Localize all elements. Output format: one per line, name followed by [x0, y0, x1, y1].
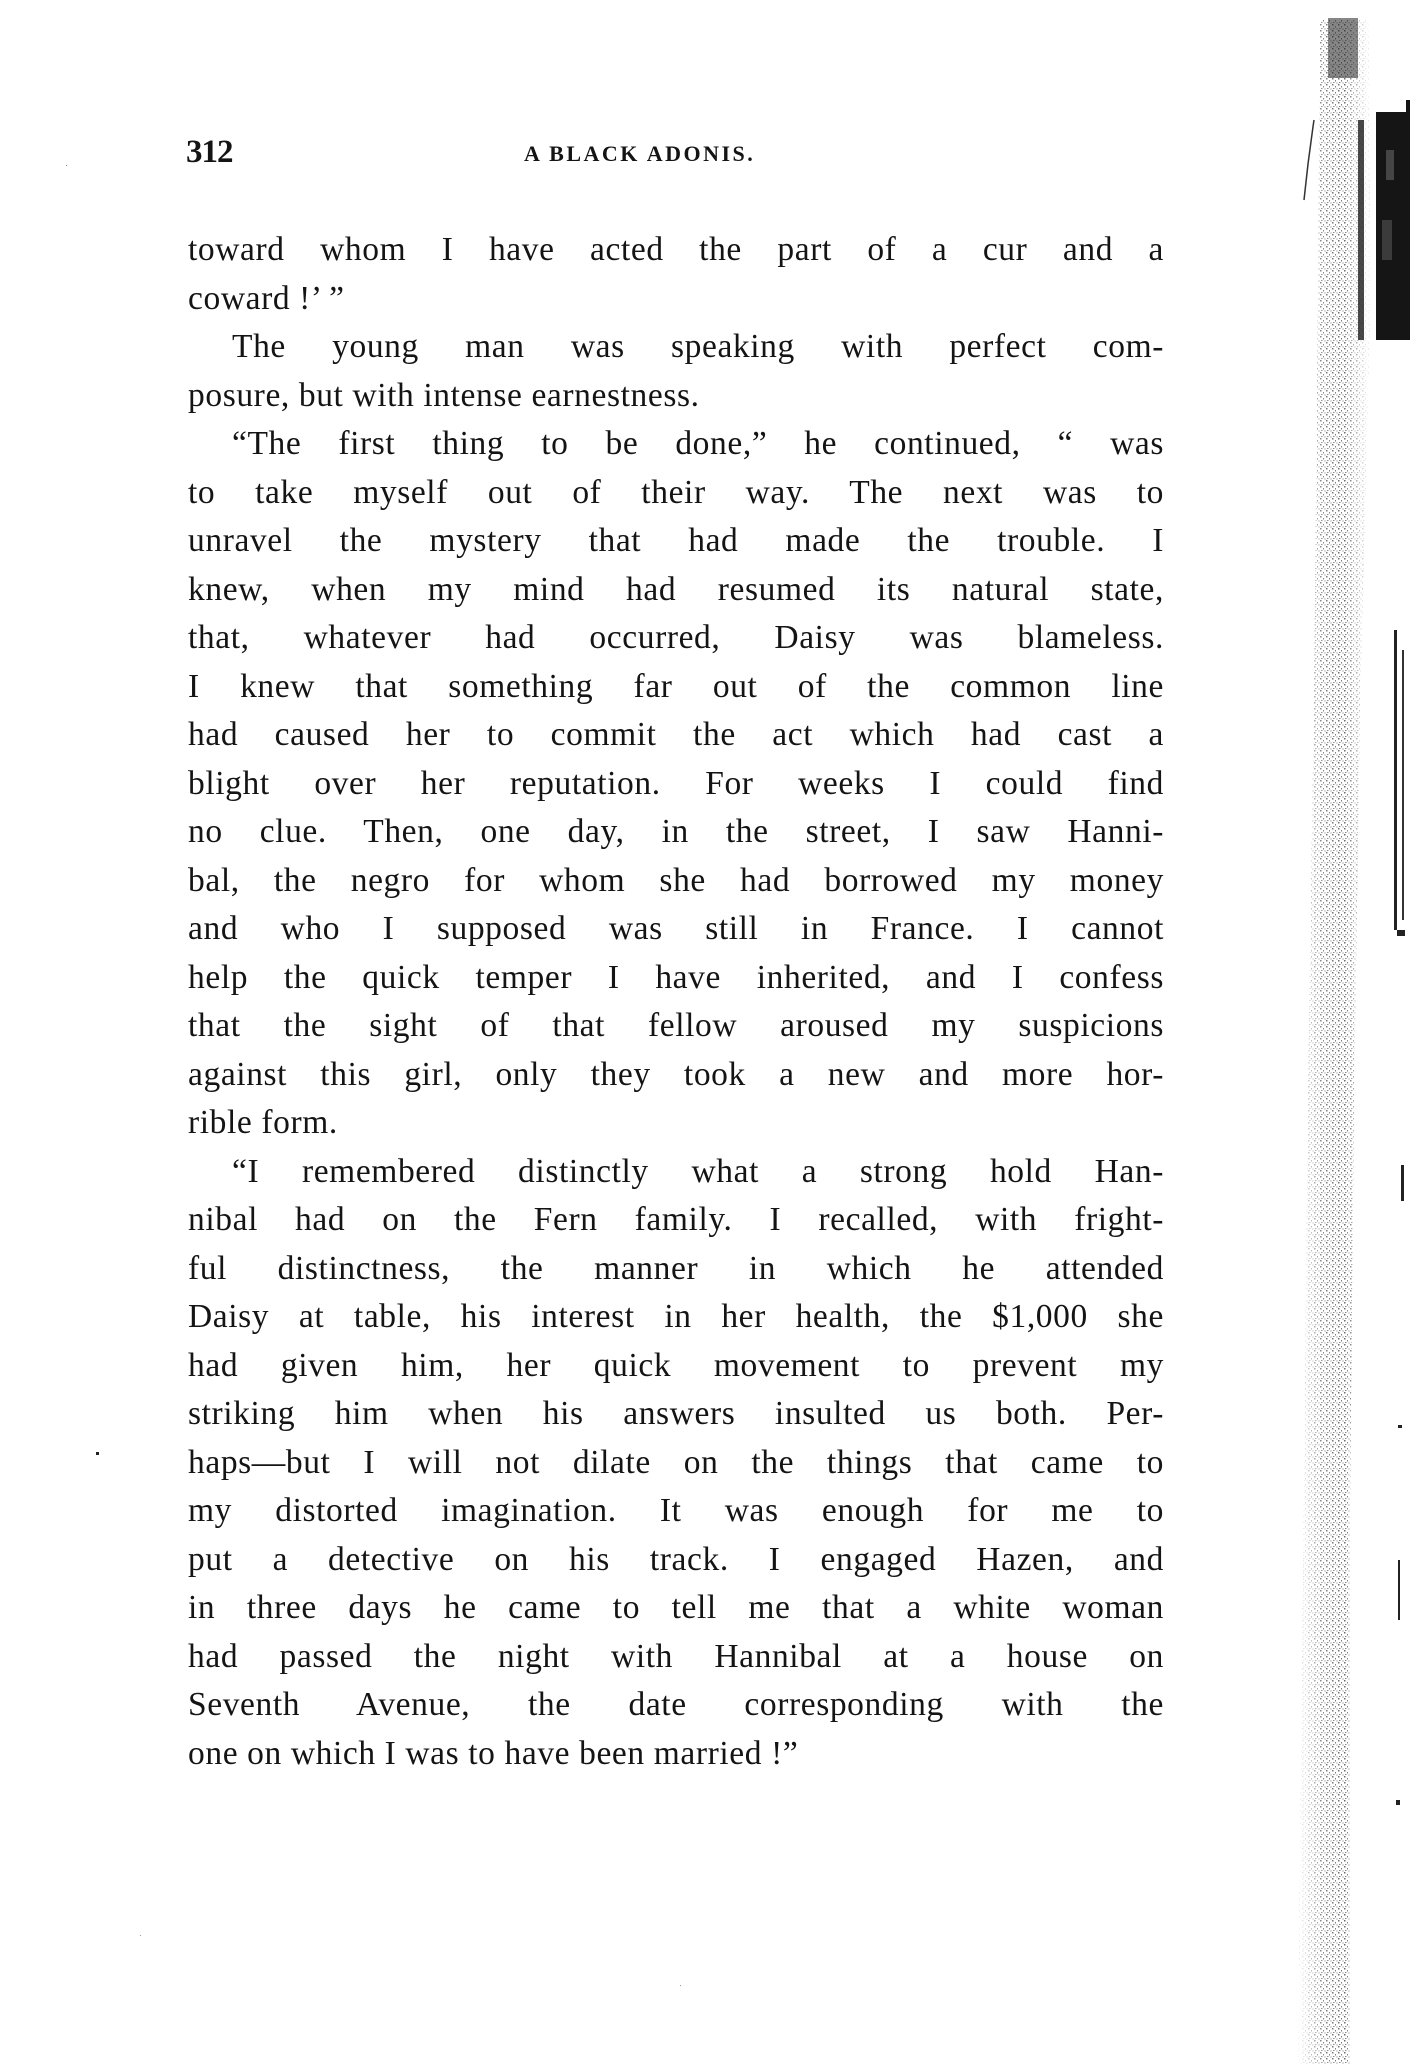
text-line: ful distinctness, the manner in which he…	[188, 1245, 1164, 1294]
text-line: unravel the mystery that had made the tr…	[188, 517, 1164, 566]
text-line-paragraph-start: “I remembered distinctly what a strong h…	[188, 1148, 1164, 1197]
text-line: one on which I was to have been married …	[188, 1730, 1164, 1779]
binding-gutter	[1278, 0, 1428, 2064]
book-page: 312 A BLACK ADONIS. toward whom I have a…	[0, 0, 1428, 2064]
text-line: help the quick temper I have inherited, …	[188, 954, 1164, 1003]
stray-mark	[140, 1935, 141, 1936]
running-title: A BLACK ADONIS.	[524, 140, 755, 168]
text-line: my distorted imagination. It was enough …	[188, 1487, 1164, 1536]
stray-mark	[680, 1985, 681, 1986]
text-line: striking him when his answers insulted u…	[188, 1390, 1164, 1439]
stray-mark	[66, 165, 67, 166]
text-line: toward whom I have acted the part of a c…	[188, 226, 1164, 275]
text-line: blight over her reputation. For weeks I …	[188, 760, 1164, 809]
text-line: knew, when my mind had resumed its natur…	[188, 566, 1164, 615]
page-number: 312	[186, 134, 233, 170]
text-line: put a detective on his track. I engaged …	[188, 1536, 1164, 1585]
stray-mark	[96, 1452, 99, 1455]
text-line-paragraph-start: The young man was speaking with perfect …	[188, 323, 1164, 372]
text-line: bal, the negro for whom she had borrowed…	[188, 857, 1164, 906]
text-line: that the sight of that fellow aroused my…	[188, 1002, 1164, 1051]
text-line: Daisy at table, his interest in her heal…	[188, 1293, 1164, 1342]
text-line: to take myself out of their way. The nex…	[188, 469, 1164, 518]
text-line: had given him, her quick movement to pre…	[188, 1342, 1164, 1391]
body-text: toward whom I have acted the part of a c…	[188, 226, 1164, 1778]
text-line: no clue. Then, one day, in the street, I…	[188, 808, 1164, 857]
text-line-paragraph-start: “The first thing to be done,” he continu…	[188, 420, 1164, 469]
text-line: had caused her to commit the act which h…	[188, 711, 1164, 760]
text-line: and who I supposed was still in France. …	[188, 905, 1164, 954]
gutter-texture-icon	[1278, 0, 1428, 2064]
text-line: posure, but with intense earnestness.	[188, 372, 1164, 421]
text-line: that, whatever had occurred, Daisy was b…	[188, 614, 1164, 663]
text-line: rible form.	[188, 1099, 1164, 1148]
text-line: coward !’ ”	[188, 275, 1164, 324]
text-line: had passed the night with Hannibal at a …	[188, 1633, 1164, 1682]
text-line: against this girl, only they took a new …	[188, 1051, 1164, 1100]
text-line: Seventh Avenue, the date corresponding w…	[188, 1681, 1164, 1730]
text-line: haps—but I will not dilate on the things…	[188, 1439, 1164, 1488]
text-line: in three days he came to tell me that a …	[188, 1584, 1164, 1633]
text-line: I knew that something far out of the com…	[188, 663, 1164, 712]
running-head: 312 A BLACK ADONIS.	[186, 134, 1162, 170]
text-line: nibal had on the Fern family. I recalled…	[188, 1196, 1164, 1245]
